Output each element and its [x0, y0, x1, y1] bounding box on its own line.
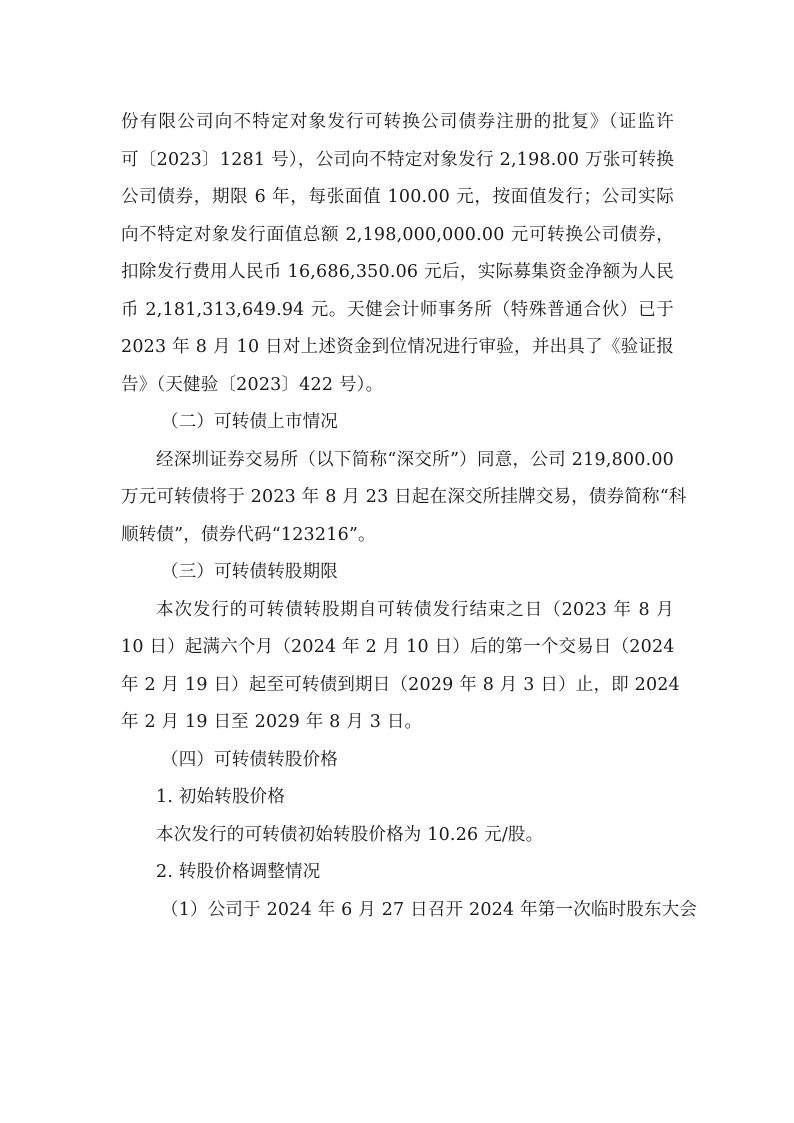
- text-line: 10 日）起满六个月（2024 年 2 月 10 日）后的第一个交易日（2024: [121, 629, 674, 667]
- text-line: 告》（天健验〔2023〕422 号）。: [121, 367, 674, 405]
- text-line: 本次发行的可转债转股期自可转债发行结束之日（2023 年 8 月: [121, 592, 674, 630]
- text-line: 扣除发行费用人民币 16,686,350.06 元后，实际募集资金净额为人民: [121, 254, 674, 292]
- paragraph-listing: 经深圳证券交易所（以下简称“深交所”）同意，公司 219,800.00 万元可转…: [121, 442, 674, 555]
- document-page: 份有限公司向不特定对象发行可转换公司债券注册的批复》（证监许 可〔2023〕12…: [121, 104, 674, 929]
- paragraph-initial-price: 本次发行的可转债初始转股价格为 10.26 元/股。: [121, 817, 674, 855]
- section-heading-conversion-period: （三）可转债转股期限: [121, 554, 674, 592]
- text-line: 向不特定对象发行面值总额 2,198,000,000.00 元可转换公司债券，: [121, 217, 674, 255]
- text-line: 份有限公司向不特定对象发行可转换公司债券注册的批复》（证监许: [121, 104, 674, 142]
- text-line: 年 2 月 19 日）起至可转债到期日（2029 年 8 月 3 日）止，即 2…: [121, 667, 674, 705]
- text-line: 万元可转债将于 2023 年 8 月 23 日起在深交所挂牌交易，债券简称“科: [121, 479, 674, 517]
- section-heading-listing: （二）可转债上市情况: [121, 404, 674, 442]
- paragraph-issuance-details: 份有限公司向不特定对象发行可转换公司债券注册的批复》（证监许 可〔2023〕12…: [121, 104, 674, 404]
- text-line: 2023 年 8 月 10 日对上述资金到位情况进行审验，并出具了《验证报: [121, 329, 674, 367]
- text-line: 年 2 月 19 日至 2029 年 8 月 3 日。: [121, 704, 674, 742]
- text-line: 公司债券，期限 6 年，每张面值 100.00 元，按面值发行；公司实际: [121, 179, 674, 217]
- text-line: 可〔2023〕1281 号），公司向不特定对象发行 2,198.00 万张可转换: [121, 142, 674, 180]
- paragraph-conversion-period: 本次发行的可转债转股期自可转债发行结束之日（2023 年 8 月 10 日）起满…: [121, 592, 674, 742]
- paragraph-adjustment-item-1: （1）公司于 2024 年 6 月 27 日召开 2024 年第一次临时股东大会: [121, 892, 674, 930]
- text-line: 经深圳证券交易所（以下简称“深交所”）同意，公司 219,800.00: [121, 442, 674, 480]
- text-line: 币 2,181,313,649.94 元。天健会计师事务所（特殊普通合伙）已于: [121, 292, 674, 330]
- text-line: 顺转债”，债券代码“123216”。: [121, 517, 674, 555]
- section-heading-conversion-price: （四）可转债转股价格: [121, 742, 674, 780]
- subheading-price-adjustment: 2. 转股价格调整情况: [121, 854, 674, 892]
- subheading-initial-price: 1. 初始转股价格: [121, 779, 674, 817]
